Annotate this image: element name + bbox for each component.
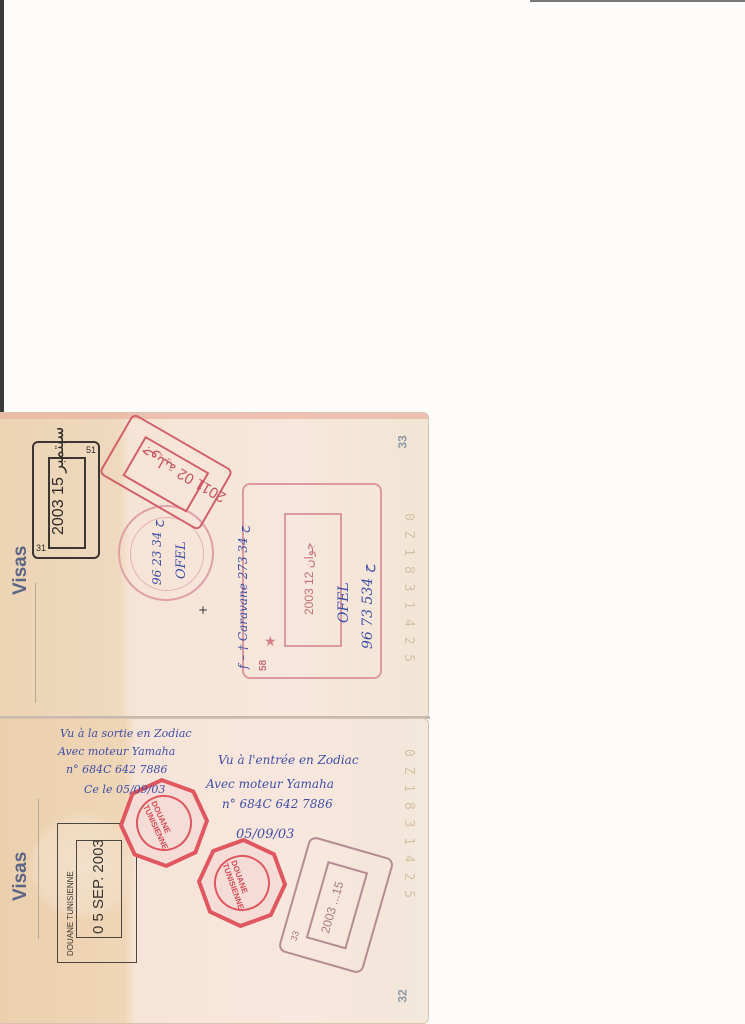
perforation-number: 0 Z 1 8 3 1 4 2 5 — [398, 513, 416, 693]
handwritten-note: OFEL — [336, 582, 352, 623]
star-icon: ★ — [264, 633, 277, 650]
stamp-corner-number: 51 — [86, 445, 96, 455]
rule-line — [38, 799, 39, 939]
perforation-number: 0 Z 1 8 3 1 4 2 5 — [398, 749, 416, 929]
handwritten-line: Vu à la sortie en Zodiac — [60, 727, 192, 740]
visas-label: Visas — [10, 546, 32, 595]
douane-stamp: 0 5 SEP. 2003 DOUANE TUNISIENNE 14 17 — [57, 823, 137, 963]
stamp-code: 33 — [289, 930, 301, 942]
handwritten-line: Vu à l'entrée en Zodiac — [218, 753, 359, 767]
handwritten-note: f – † Caravane 273 ح 34 — [236, 526, 250, 669]
stamp-date: 0 5 SEP. 2003 — [90, 839, 107, 934]
handwritten-line: Avec moteur Yamaha — [206, 777, 334, 791]
rule-line — [35, 583, 36, 703]
stamp-date: 2003 سبتمبر 15 — [48, 427, 68, 535]
handwritten-signature: 05/09/03 — [236, 827, 294, 842]
stamp-date: 2003 جوان 12 — [302, 543, 316, 616]
handwritten-line: n° 684C 642 7886 — [222, 797, 333, 811]
page-number: 33 — [396, 435, 410, 448]
page-32: Visas 32 0 Z 1 8 3 1 4 2 5 0 5 SEP. 2003… — [0, 718, 429, 1024]
entry-stamp-mauve: 2003 ...15 33 — [277, 835, 395, 975]
passport: Visas 33 0 Z 1 8 3 1 4 2 5 2003 سبتمبر 1… — [0, 412, 430, 1024]
scan-edge-top — [530, 0, 745, 2]
page-33: Visas 33 0 Z 1 8 3 1 4 2 5 2003 سبتمبر 1… — [0, 412, 429, 719]
stamp-authority: DOUANE TUNISIENNE — [66, 871, 75, 956]
exit-stamp-black: 2003 سبتمبر 15 51 31 — [32, 441, 100, 559]
visas-label: Visas — [10, 852, 32, 901]
page-number: 32 — [396, 989, 410, 1002]
handwritten-note: 96 73 ح 534 — [360, 564, 376, 649]
handwritten-line: Ce le 05/09/03 — [84, 783, 165, 796]
customs-stamp-hexagon: DOUANE TUNISIENNE — [188, 829, 296, 937]
stamp-code: 58 — [258, 660, 269, 671]
handwritten-mark: + — [198, 603, 208, 617]
handwritten-line: Avec moteur Yamaha — [58, 745, 175, 758]
handwritten-note: 96 23 ح 34 — [150, 520, 164, 585]
stamp-corner-number: 31 — [36, 543, 46, 553]
handwritten-line: n° 684C 642 7886 — [66, 763, 167, 776]
scan-edge-left — [0, 0, 4, 415]
handwritten-note: OFEL — [174, 541, 189, 579]
